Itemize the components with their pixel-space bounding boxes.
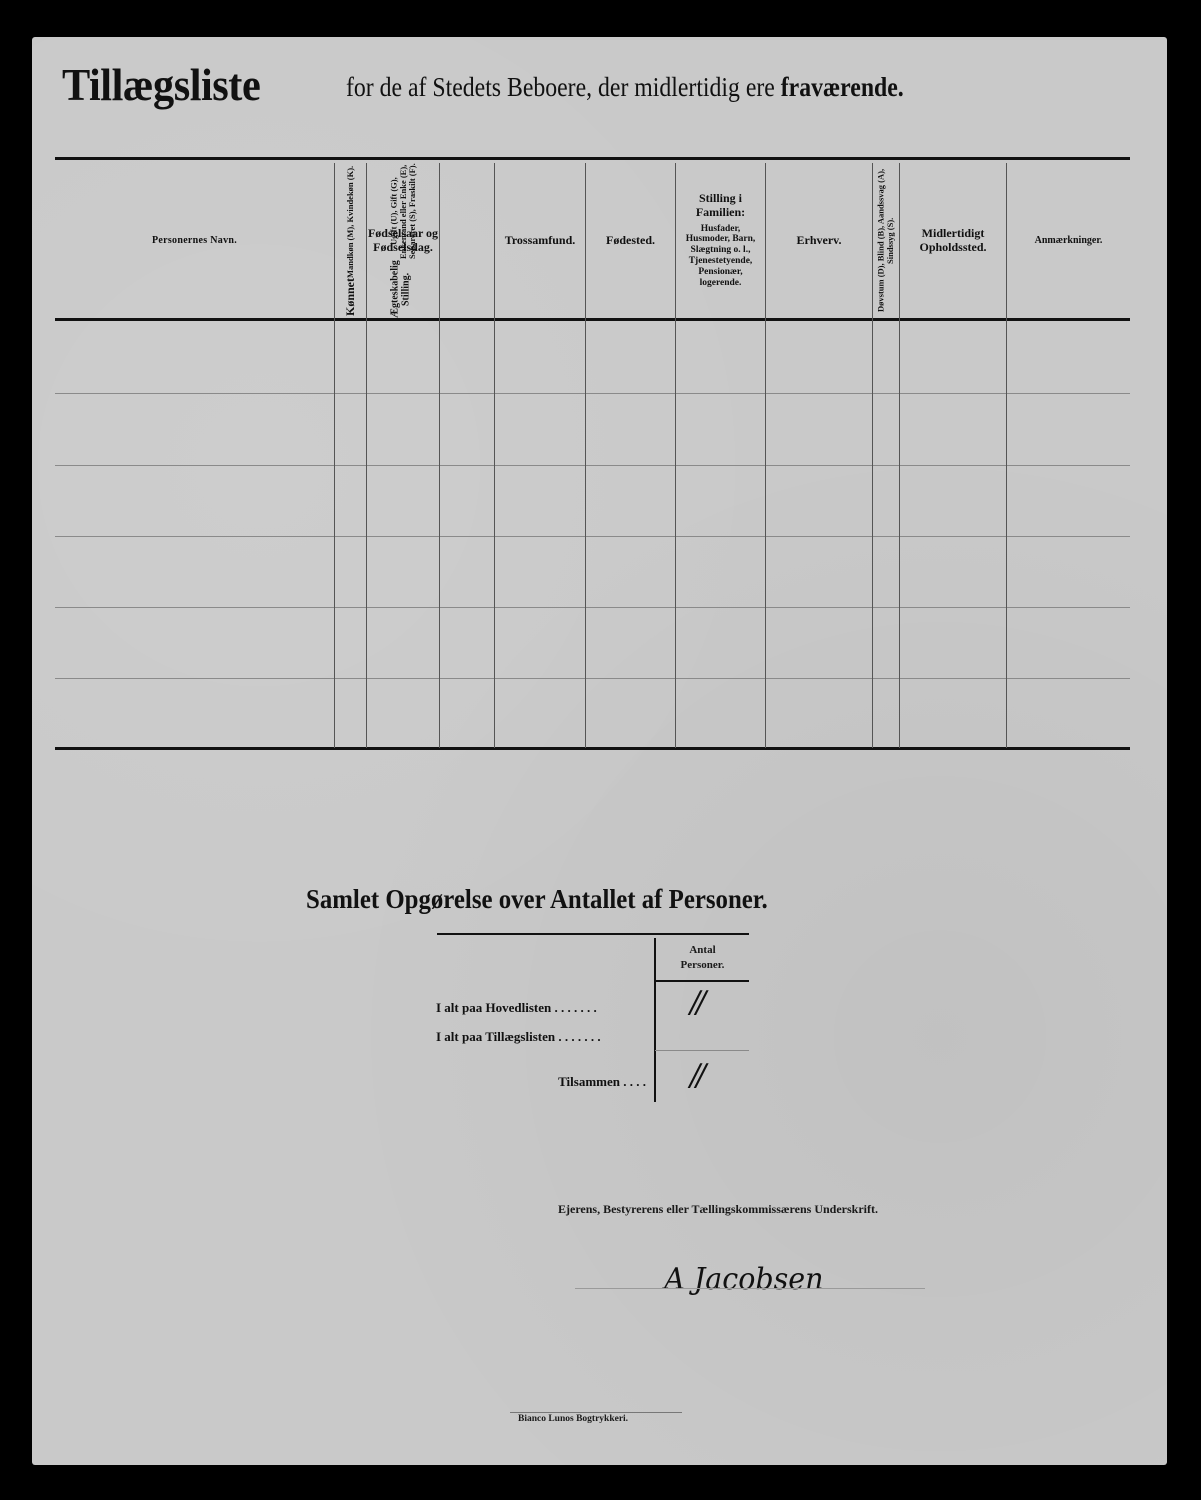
- table-row[interactable]: [55, 394, 1130, 465]
- header-temp-residence: Midlertidigt Opholdssted.: [900, 163, 1006, 318]
- header-birthplace: Fødested.: [586, 163, 675, 318]
- signature-value[interactable]: A Jacobsen: [664, 1262, 823, 1297]
- table-bottom-rule: [55, 747, 1130, 750]
- header-name: Personernes Navn.: [55, 163, 334, 318]
- summary-value-total[interactable]: //: [690, 1058, 702, 1093]
- summary-top-rule: [437, 933, 749, 935]
- summary-count-header: Antal Personer.: [656, 943, 749, 974]
- summary-value-supplement-list[interactable]: [690, 1025, 730, 1055]
- header-marital: Ægteskabelig Stilling. Ugift (U), Gift (…: [440, 163, 494, 318]
- summary-label-main-list: I alt paa Hovedlisten . . . . . . .: [436, 1000, 597, 1016]
- summary-label-supplement-list: I alt paa Tillægslisten . . . . . . .: [436, 1029, 601, 1045]
- header-gender: Kønnet Mandkøn (M), Kvindekøn (K).: [335, 163, 366, 318]
- table-top-rule: [55, 157, 1130, 160]
- signature-caption: Ejerens, Bestyrerens eller Tællingskommi…: [558, 1202, 878, 1217]
- summary-header-rule: [655, 980, 749, 982]
- form-subtitle: for de af Stedets Beboere, der midlertid…: [346, 74, 904, 101]
- signature-line: [575, 1288, 925, 1289]
- printer-rule: [510, 1412, 682, 1413]
- header-disability: Døvstum (D), Blind (B), Aandssvag (A), S…: [873, 163, 899, 318]
- header-remarks: Anmærkninger.: [1007, 163, 1130, 318]
- summary-label-total: Tilsammen . . . .: [540, 1074, 646, 1090]
- summary-title: Samlet Opgørelse over Antallet af Person…: [306, 884, 768, 915]
- table-row[interactable]: [55, 466, 1130, 536]
- table-row[interactable]: [55, 679, 1130, 747]
- header-family-position: Stilling i Familien: Husfader, Husmoder,…: [676, 163, 765, 318]
- table-row[interactable]: [55, 537, 1130, 607]
- table-row[interactable]: [55, 321, 1130, 393]
- summary-value-main-list[interactable]: //: [690, 985, 702, 1020]
- header-religion: Trossamfund.: [495, 163, 585, 318]
- header-occupation: Erhverv.: [766, 163, 872, 318]
- printer-imprint: Bianco Lunos Bogtrykkeri.: [518, 1414, 628, 1424]
- form-title: Tillægsliste: [62, 62, 260, 108]
- table-row[interactable]: [55, 608, 1130, 678]
